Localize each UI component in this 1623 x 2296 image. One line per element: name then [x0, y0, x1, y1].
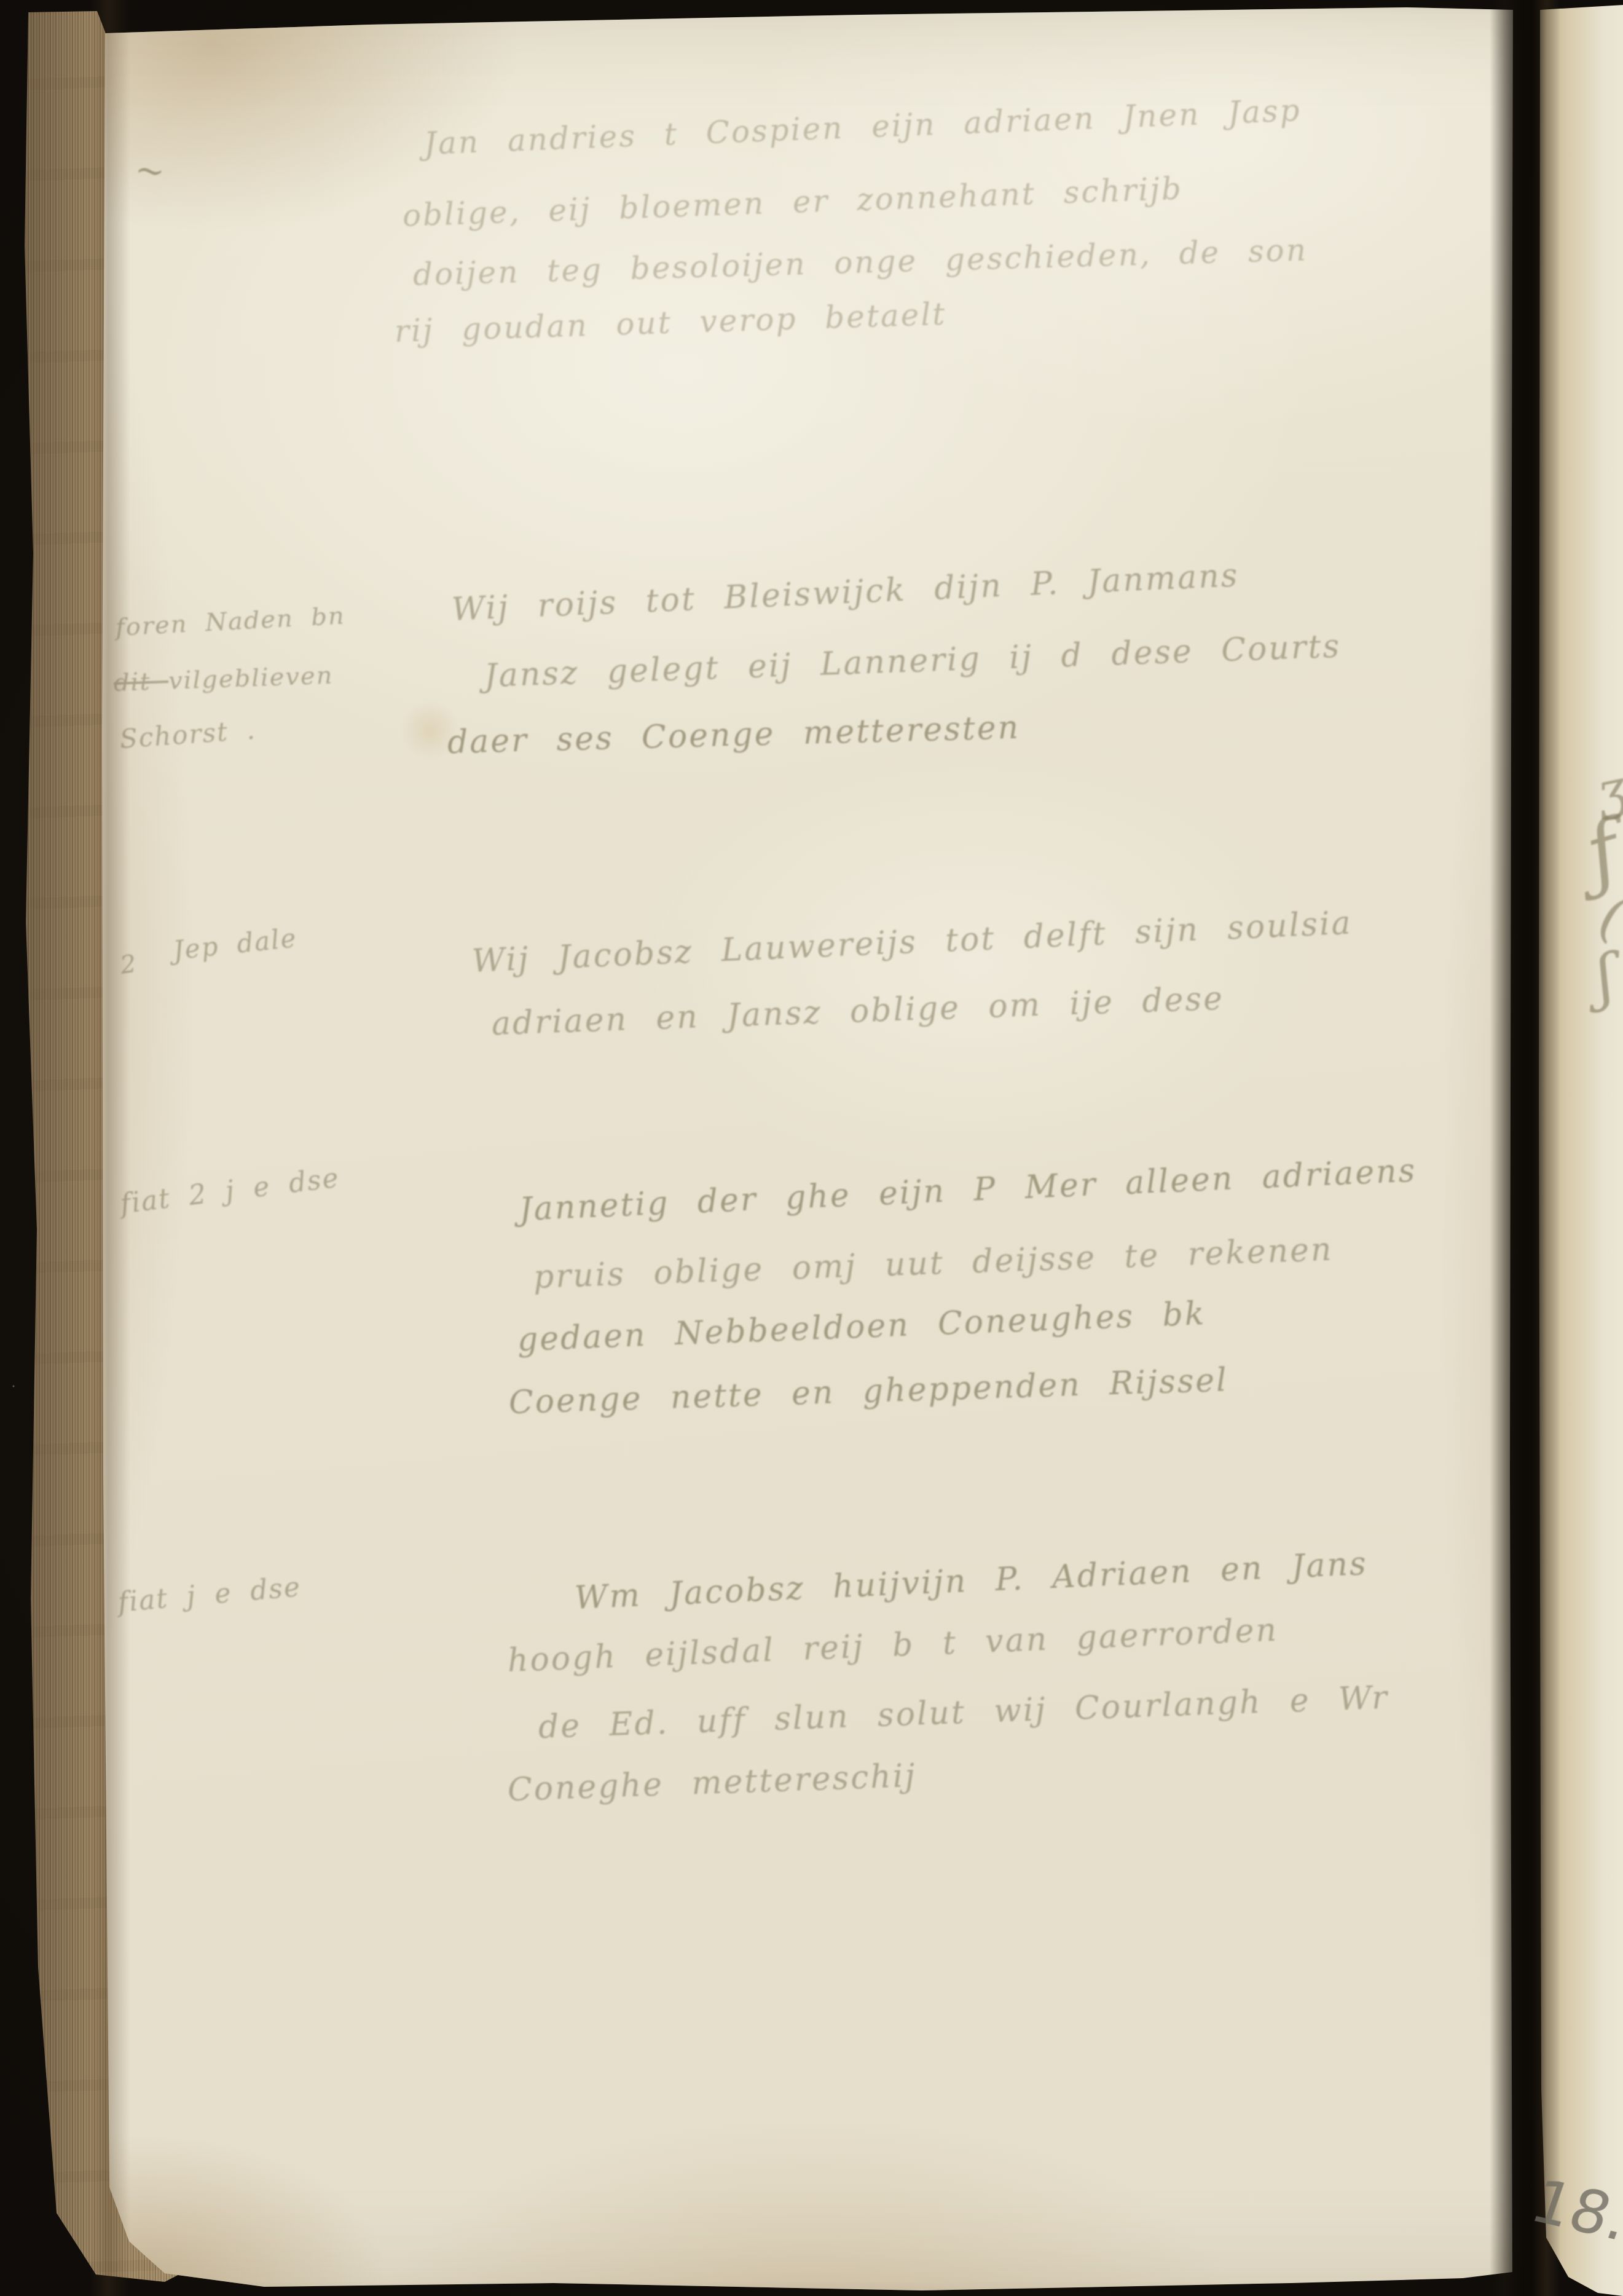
- book-gutter-shadow: [1490, 0, 1561, 2296]
- binding-edge-shadow: [90, 0, 130, 2296]
- book-photo-scene: ~ Jan andries t Cospien eijn adriaen Jne…: [0, 0, 1623, 2296]
- manuscript-page: [0, 0, 1623, 2296]
- margin-squiggle-mark: ~: [132, 148, 170, 194]
- entry2-margin-line2-text: vilgeblieven: [168, 661, 334, 695]
- entry2-margin-struck-word: dit: [113, 667, 169, 697]
